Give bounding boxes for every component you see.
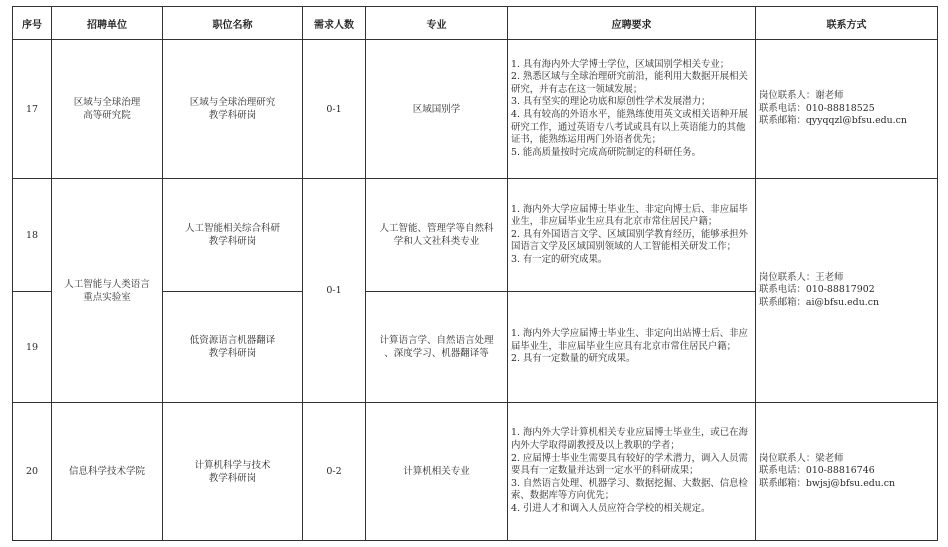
header-index: 序号 [13, 7, 52, 40]
row-index: 17 [13, 40, 52, 179]
position-name: 计算机科学与技术 教学科研岗 [163, 403, 303, 541]
contact-phone: 联系电话：010-88816746 [759, 465, 934, 478]
recruiting-unit: 信息科学技术学院 [52, 403, 163, 541]
contact-person: 岗位联系人：梁老师 [759, 453, 934, 466]
header-count: 需求人数 [303, 7, 366, 40]
recruiting-unit: 人工智能与人类语言 重点实验室 [52, 179, 163, 403]
contact-info: 岗位联系人：谢老师 联系电话：010-88818525 联系邮箱：qyyqqzl… [756, 40, 938, 179]
requirements: 1. 海内外大学应届博士毕业生、非定向出站博士后、非应届毕业生，非应届毕业生应具… [508, 292, 756, 403]
row-index: 19 [13, 292, 52, 403]
header-unit: 招聘单位 [52, 7, 163, 40]
contact-phone: 联系电话：010-88818525 [759, 103, 934, 116]
header-position: 职位名称 [163, 7, 303, 40]
requirements: 1. 具有海内外大学博士学位，区域国别学相关专业； 2. 熟悉区域与全球治理研究… [508, 40, 756, 179]
recruitment-table: 序号 招聘单位 职位名称 需求人数 专业 应聘要求 联系方式 17 区域与全球治… [12, 6, 938, 541]
contact-email: 联系邮箱：qyyqqzl@bfsu.edu.cn [759, 115, 934, 128]
position-name: 人工智能相关综合科研 教学科研岗 [163, 179, 303, 292]
major: 人工智能、管理学等自然科 学和人文社科类专业 [366, 179, 508, 292]
headcount: 0-1 [303, 40, 366, 179]
major: 计算机相关专业 [366, 403, 508, 541]
header-row: 序号 招聘单位 职位名称 需求人数 专业 应聘要求 联系方式 [13, 7, 938, 40]
table-row: 20 信息科学技术学院 计算机科学与技术 教学科研岗 0-2 计算机相关专业 1… [13, 403, 938, 541]
contact-info: 岗位联系人：王老师 联系电话：010-88817902 联系邮箱：ai@bfsu… [756, 179, 938, 403]
contact-person: 岗位联系人：谢老师 [759, 90, 934, 103]
contact-email: 联系邮箱：ai@bfsu.edu.cn [759, 297, 934, 310]
requirements: 1. 海内外大学计算机相关专业应届博士毕业生，或已在海内外大学取得副教授及以上教… [508, 403, 756, 541]
table-row: 17 区域与全球治理 高等研究院 区域与全球治理研究 教学科研岗 0-1 区域国… [13, 40, 938, 179]
contact-person: 岗位联系人：王老师 [759, 272, 934, 285]
row-index: 18 [13, 179, 52, 292]
header-requirements: 应聘要求 [508, 7, 756, 40]
headcount: 0-2 [303, 403, 366, 541]
recruiting-unit: 区域与全球治理 高等研究院 [52, 40, 163, 179]
headcount: 0-1 [303, 179, 366, 403]
header-contact: 联系方式 [756, 7, 938, 40]
major: 区域国别学 [366, 40, 508, 179]
table-row: 18 人工智能与人类语言 重点实验室 人工智能相关综合科研 教学科研岗 0-1 … [13, 179, 938, 292]
contact-email: 联系邮箱：bwjsj@bfsu.edu.cn [759, 478, 934, 491]
major: 计算语言学、自然语言处理 、深度学习、机器翻译等 [366, 292, 508, 403]
contact-info: 岗位联系人：梁老师 联系电话：010-88816746 联系邮箱：bwjsj@b… [756, 403, 938, 541]
requirements: 1. 海内外大学应届博士毕业生、非定向博士后、非应届毕业生，非应届毕业生应具有北… [508, 179, 756, 292]
header-major: 专业 [366, 7, 508, 40]
position-name: 低资源语言机器翻译 教学科研岗 [163, 292, 303, 403]
contact-phone: 联系电话：010-88817902 [759, 284, 934, 297]
position-name: 区域与全球治理研究 教学科研岗 [163, 40, 303, 179]
row-index: 20 [13, 403, 52, 541]
